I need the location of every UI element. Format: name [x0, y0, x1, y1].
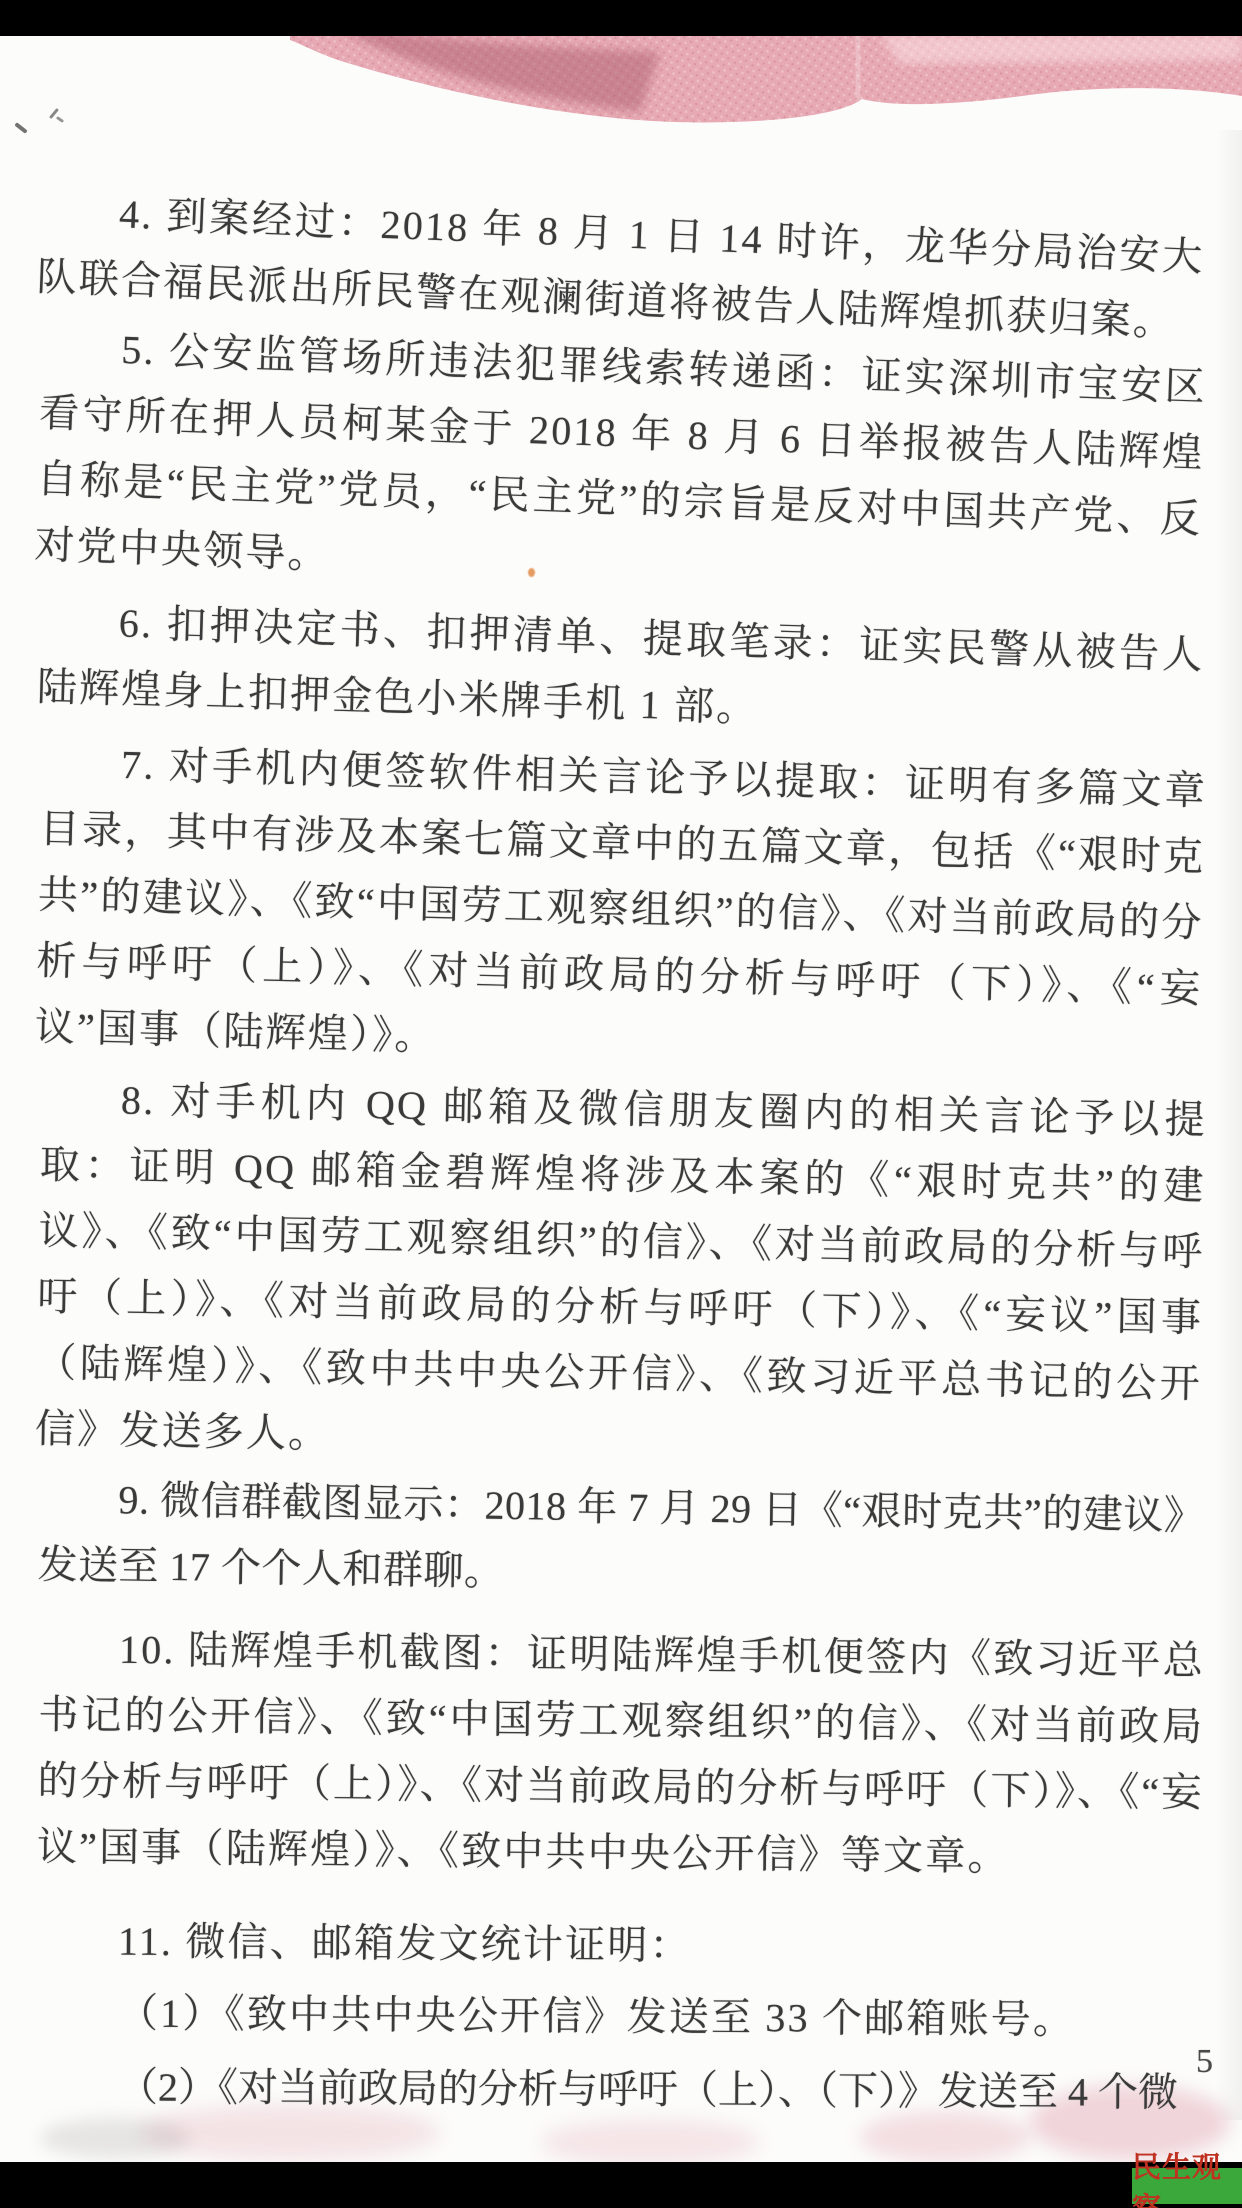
evidence-item-11: 11. 微信、邮箱发文统计证明：: [38, 1908, 1204, 1983]
evidence-item-5: 5. 公安监管场所违法犯罪线索转递函：证实深圳市宝安区看守所在押人员柯某金于 2…: [33, 314, 1208, 619]
evidence-item-7: 7. 对手机内便签软件相关言论予以提取：证明有多篇文章目录，其中有涉及本案七篇文…: [34, 730, 1208, 1088]
bottom-black-band: [0, 2162, 1242, 2208]
scan-stain: [540, 2120, 760, 2165]
document-body: 4. 到案经过：2018 年 8 月 1 日 14 时许，龙华分局治安大队联合福…: [38, 178, 1204, 2120]
evidence-item-9: 9. 微信群截图显示：2018 年 7 月 29 日《“艰时克共”的建议》发送至…: [37, 1466, 1205, 1615]
scanned-document-page: { "document": { "items": [ {"id": "item-…: [0, 0, 1242, 2208]
scan-stain: [40, 2118, 190, 2158]
evidence-subitem-1: （1）《致中共中央公开信》发送至 33 个邮箱账号。: [38, 1980, 1204, 2054]
watermark-badge: 民生观察: [1132, 2168, 1242, 2204]
fabric-crease: [856, 30, 860, 102]
evidence-item-10: 10. 陆辉煌手机截图：证明陆辉煌手机便签内《致习近平总书记的公开信》、《致“中…: [37, 1616, 1206, 1892]
evidence-item-6: 6. 扣押决定书、扣押清单、提取笔录：证实民警从被告人陆辉煌身上扣押金色小米牌手…: [36, 588, 1205, 755]
evidence-item-8: 8. 对手机内 QQ 邮箱及微信朋友圈内的相关言论予以提取：证明 QQ 邮箱金碧…: [34, 1066, 1207, 1483]
fabric-highlight: [880, 34, 1242, 64]
page-curl-shadow: [1216, 130, 1242, 2120]
top-black-band: [0, 0, 1242, 36]
page-number: 5: [1196, 2040, 1213, 2084]
evidence-subitem-2: （2）《对当前政局的分析与呼吁（上）、（下）》发送至 4 个微: [38, 2054, 1204, 2126]
